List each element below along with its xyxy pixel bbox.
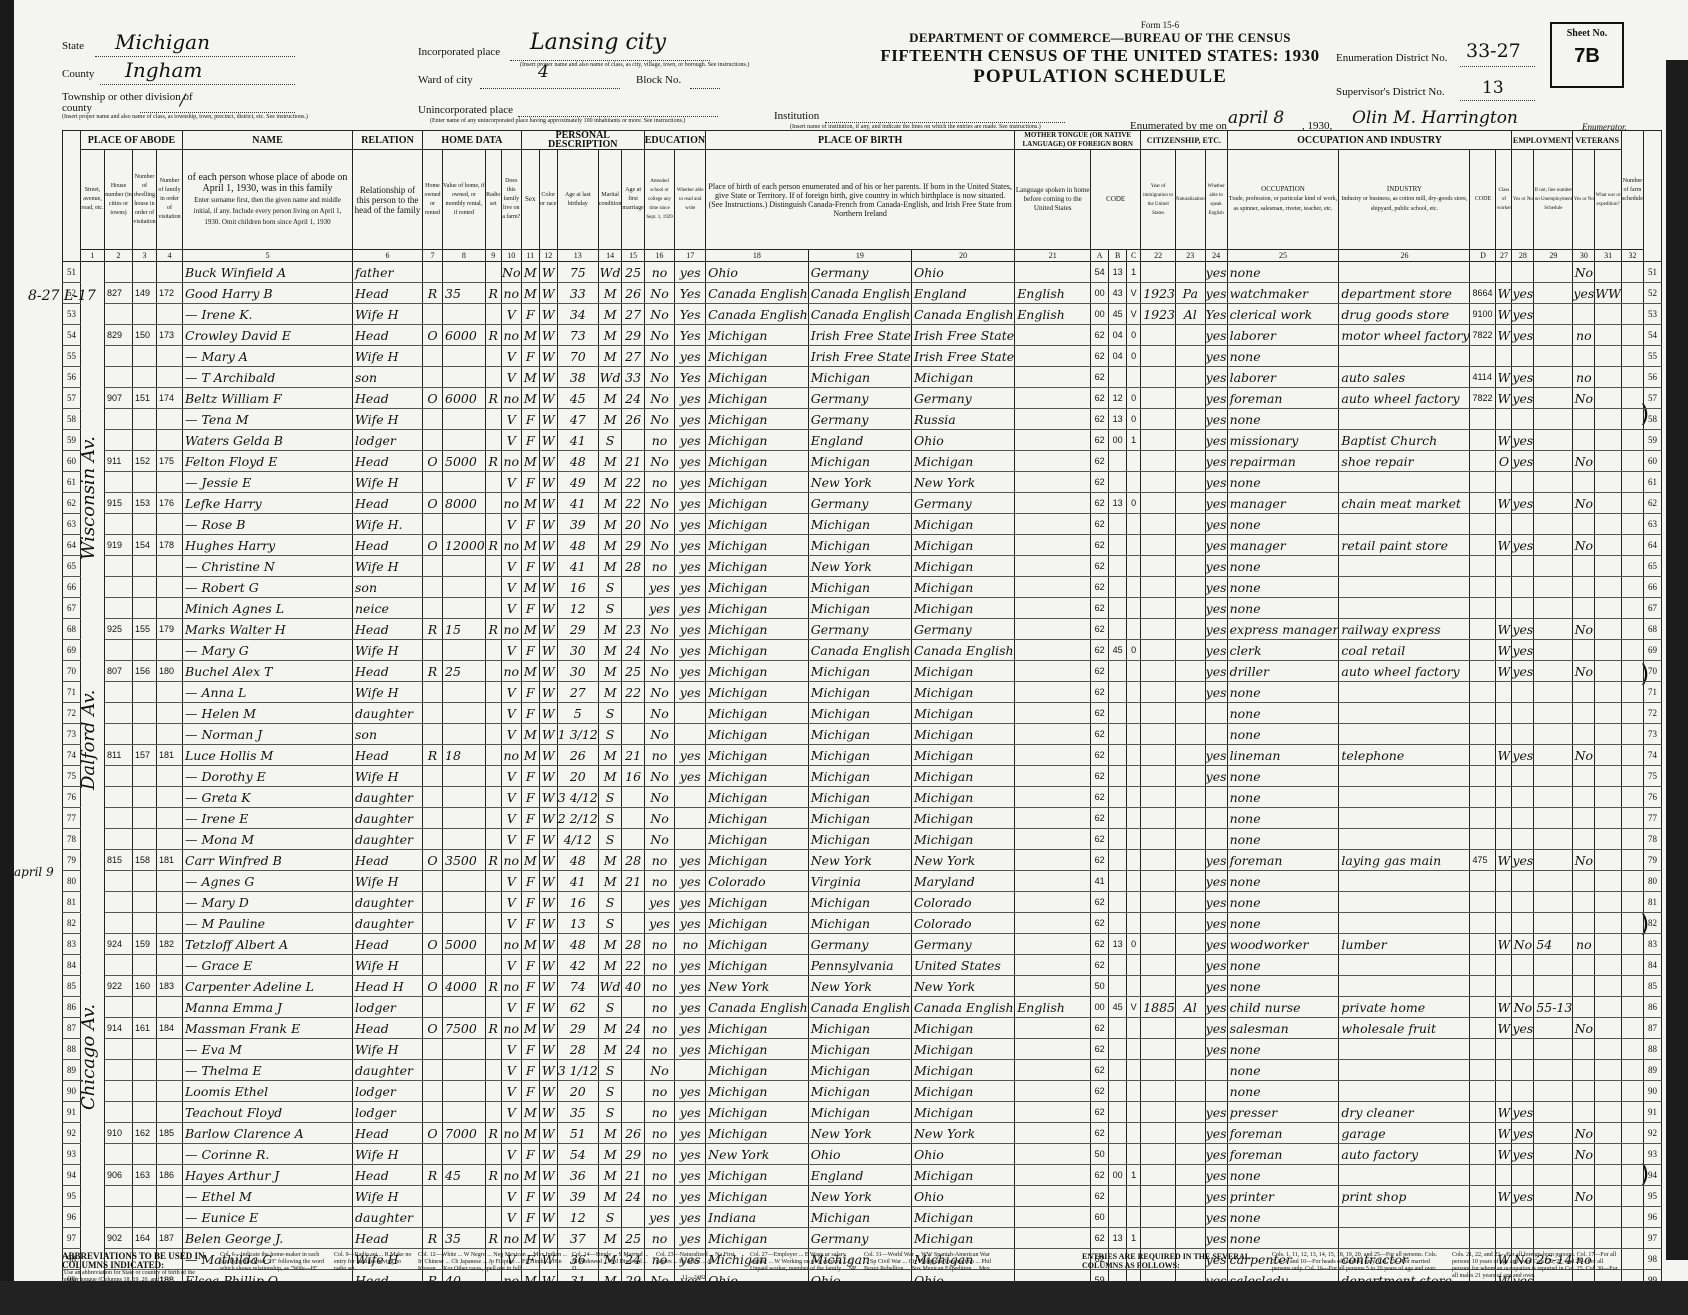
line-number: 55 <box>63 346 81 367</box>
cell-war <box>1595 661 1622 682</box>
cell-school: no <box>644 850 675 871</box>
cell-c: 0 <box>1127 493 1141 514</box>
cell-street <box>81 1186 105 1207</box>
cell-relation: Head <box>353 850 423 871</box>
cell-at-work: yes <box>1512 1123 1534 1144</box>
cell-class: W <box>1496 283 1512 304</box>
cell-b <box>1109 682 1127 703</box>
cell-pob-father: New York <box>808 1123 911 1144</box>
cell-relation: Head <box>353 661 423 682</box>
cell-value <box>443 829 486 850</box>
cell-read: yes <box>675 871 706 892</box>
ward-value: 4 <box>538 62 549 82</box>
cell-at-work <box>1512 724 1534 745</box>
cell-relation: lodger <box>353 997 423 1018</box>
cell-name: Tetzloff Albert A <box>183 934 353 955</box>
cell-sex: M <box>521 1228 539 1249</box>
cell-school: No <box>644 514 675 535</box>
cell-radio <box>485 409 501 430</box>
abbrev-col14: Col. 14—Single ... S Married ... M Widow… <box>572 1252 652 1273</box>
township-note: (Insert proper name and also name of cla… <box>62 114 308 120</box>
group-education: EDUCATION <box>644 131 705 150</box>
col-naturalization: Naturalization <box>1176 150 1206 250</box>
cell-age-marriage: 29 <box>622 535 644 556</box>
cell-veteran: No <box>1573 388 1595 409</box>
cell-natur <box>1176 262 1206 283</box>
cell-b <box>1109 514 1127 535</box>
cell-age-marriage <box>622 430 644 451</box>
cell-b <box>1109 892 1127 913</box>
cell-natur <box>1176 1102 1206 1123</box>
cell-c: 1 <box>1127 1165 1141 1186</box>
cell-at-work <box>1512 262 1534 283</box>
cell-family <box>157 724 183 745</box>
cell-read: yes <box>675 745 706 766</box>
cell-pob-father: Irish Free State <box>808 325 911 346</box>
cell-b <box>1109 451 1127 472</box>
county-value: Ingham <box>125 58 202 82</box>
cell-c <box>1127 829 1141 850</box>
cell-code-d <box>1470 997 1496 1018</box>
group-place-of-birth: PLACE OF BIRTH <box>706 131 1015 150</box>
cell-pob: Michigan <box>706 514 809 535</box>
cell-farm: V <box>501 829 521 850</box>
cell-at-work <box>1512 1060 1534 1081</box>
cell-veteran: No <box>1573 1123 1595 1144</box>
cell-race: W <box>539 808 557 829</box>
cell-race: W <box>539 304 557 325</box>
cell-read: yes <box>675 913 706 934</box>
cell-radio <box>485 640 501 661</box>
cell-unemp <box>1534 577 1573 598</box>
cell-dwelling: 149 <box>133 283 157 304</box>
cell-owned <box>423 1186 443 1207</box>
cell-age-marriage: 33 <box>622 367 644 388</box>
cell-dwelling <box>133 829 157 850</box>
cell-class <box>1496 682 1512 703</box>
cell-street <box>81 1207 105 1228</box>
cell-pob-mother: Michigan <box>911 556 1014 577</box>
cell-age-marriage: 24 <box>622 1186 644 1207</box>
cell-marital: S <box>598 1060 622 1081</box>
cell-pob-father: Pennsylvania <box>808 955 911 976</box>
cell-school: no <box>644 871 675 892</box>
cell-immig <box>1141 661 1176 682</box>
cell-c <box>1127 850 1141 871</box>
cell-sex: M <box>521 1018 539 1039</box>
cell-farm-schedule <box>1621 430 1643 451</box>
cell-war <box>1595 1228 1622 1249</box>
cell-read: yes <box>675 892 706 913</box>
cell-natur <box>1176 787 1206 808</box>
cell-school: No <box>644 451 675 472</box>
cell-read: yes <box>675 535 706 556</box>
cell-unemp <box>1534 535 1573 556</box>
group-name: NAME <box>183 131 353 150</box>
cell-language <box>1015 346 1091 367</box>
cell-name: — Ethel M <box>183 1186 353 1207</box>
cell-veteran <box>1573 703 1595 724</box>
cell-at-work <box>1512 871 1534 892</box>
cell-age: 48 <box>557 451 598 472</box>
cell-pob-father: Canada English <box>808 283 911 304</box>
column-number: 26 <box>1339 250 1470 262</box>
cell-language <box>1015 1228 1091 1249</box>
cell-name: — Christine N <box>183 556 353 577</box>
cell-race: W <box>539 997 557 1018</box>
cell-c <box>1127 661 1141 682</box>
cell-pob-father: Michigan <box>808 787 911 808</box>
cell-farm: V <box>501 304 521 325</box>
cell-unemp <box>1534 850 1573 871</box>
line-number: 97 <box>63 1228 81 1249</box>
cell-relation: Wife H <box>353 682 423 703</box>
cell-marital: S <box>598 724 622 745</box>
cell-b <box>1109 787 1127 808</box>
cell-sex: M <box>521 619 539 640</box>
line-number-right: 54 <box>1643 325 1661 346</box>
cell-class <box>1496 808 1512 829</box>
cell-english: yes <box>1205 1102 1227 1123</box>
cell-veteran <box>1573 598 1595 619</box>
cell-language <box>1015 451 1091 472</box>
cell-house: 925 <box>105 619 133 640</box>
line-number-right: 89 <box>1643 1060 1661 1081</box>
cell-race: W <box>539 1165 557 1186</box>
cell-marital: S <box>598 913 622 934</box>
cell-age-marriage: 29 <box>622 1144 644 1165</box>
cell-natur <box>1176 682 1206 703</box>
cell-relation: Head <box>353 451 423 472</box>
cell-sex: F <box>521 1144 539 1165</box>
cell-radio <box>485 304 501 325</box>
cell-age-marriage: 16 <box>622 766 644 787</box>
cell-name: Luce Hollis M <box>183 745 353 766</box>
cell-family: 173 <box>157 325 183 346</box>
table-row: 63— Rose BWife H.VFW39M20NoyesMichiganMi… <box>63 514 1662 535</box>
cell-b: 00 <box>1109 1165 1127 1186</box>
cell-pob-mother: Irish Free State <box>911 325 1014 346</box>
cell-natur <box>1176 871 1206 892</box>
cell-industry <box>1339 913 1470 934</box>
cell-read: no <box>675 934 706 955</box>
cell-c: V <box>1127 997 1141 1018</box>
line-number-right: 56 <box>1643 367 1661 388</box>
cell-veteran <box>1573 346 1595 367</box>
table-row: 66— Robert GsonVMW16SyesyesMichiganMichi… <box>63 577 1662 598</box>
cell-class: W <box>1496 430 1512 451</box>
cell-c: 0 <box>1127 388 1141 409</box>
cell-unemp <box>1534 493 1573 514</box>
cell-veteran <box>1573 472 1595 493</box>
col-at-work: Yes or No <box>1512 150 1534 250</box>
line-number: 51 <box>63 262 81 283</box>
cell-a: 62 <box>1091 535 1109 556</box>
cell-unemp <box>1534 388 1573 409</box>
cell-farm: no <box>501 1228 521 1249</box>
department-heading: DEPARTMENT OF COMMERCE—BUREAU OF THE CEN… <box>840 30 1360 46</box>
cell-marital: M <box>598 409 622 430</box>
cell-farm-schedule <box>1621 409 1643 430</box>
cell-farm-schedule <box>1621 703 1643 724</box>
cell-radio: R <box>485 850 501 871</box>
cell-immig <box>1141 640 1176 661</box>
col-name: of each person whose place of abode on A… <box>183 150 353 250</box>
cell-code-d <box>1470 640 1496 661</box>
cell-code-d <box>1470 682 1496 703</box>
cell-radio <box>485 577 501 598</box>
cell-class: W <box>1496 997 1512 1018</box>
cell-pob-mother: Michigan <box>911 1102 1014 1123</box>
col-value: Value of home, if owned, or monthly rent… <box>443 150 486 250</box>
line-number-right: 78 <box>1643 829 1661 850</box>
cell-class: W <box>1496 1123 1512 1144</box>
cell-unemp <box>1534 325 1573 346</box>
cell-school: No <box>644 304 675 325</box>
cell-war <box>1595 955 1622 976</box>
cell-name: Marks Walter H <box>183 619 353 640</box>
cell-owned: O <box>423 388 443 409</box>
cell-language <box>1015 535 1091 556</box>
cell-veteran <box>1573 1165 1595 1186</box>
cell-at-work <box>1512 577 1534 598</box>
cell-school: No <box>644 346 675 367</box>
cell-pob-father: England <box>808 430 911 451</box>
cell-pob: Colorado <box>706 871 809 892</box>
cell-immig <box>1141 1102 1176 1123</box>
cell-at-work <box>1512 913 1534 934</box>
state-label: State <box>62 40 84 52</box>
cell-b <box>1109 913 1127 934</box>
census-title: FIFTEENTH CENSUS OF THE UNITED STATES: 1… <box>840 46 1360 66</box>
cell-farm: V <box>501 514 521 535</box>
line-number: 52 <box>63 283 81 304</box>
cell-street <box>81 829 105 850</box>
cell-language <box>1015 409 1091 430</box>
cell-family <box>157 556 183 577</box>
cell-natur <box>1176 829 1206 850</box>
col-unemployment: If not, line number on Unemployment Sche… <box>1534 150 1573 250</box>
cell-age-marriage: 25 <box>622 262 644 283</box>
cell-pob-father: England <box>808 1165 911 1186</box>
cell-street <box>81 1144 105 1165</box>
cell-school: no <box>644 1039 675 1060</box>
cell-code-d <box>1470 745 1496 766</box>
cell-school: yes <box>644 1207 675 1228</box>
sheet-label: Sheet No. <box>1552 28 1622 39</box>
cell-occupation: none <box>1227 1228 1339 1249</box>
cell-occupation: none <box>1227 1165 1339 1186</box>
cell-name: — Thelma E <box>183 1060 353 1081</box>
cell-code-d <box>1470 493 1496 514</box>
cell-industry <box>1339 808 1470 829</box>
cell-dwelling <box>133 1081 157 1102</box>
cell-pob: Canada English <box>706 997 809 1018</box>
cell-english: yes <box>1205 745 1227 766</box>
line-number-right: 60 <box>1643 451 1661 472</box>
cell-dwelling: 153 <box>133 493 157 514</box>
cell-farm: no <box>501 283 521 304</box>
cell-relation: Head <box>353 1123 423 1144</box>
cell-sex: F <box>521 514 539 535</box>
cell-radio: R <box>485 619 501 640</box>
cell-at-work: yes <box>1512 661 1534 682</box>
cell-radio <box>485 556 501 577</box>
line-number-right: 58 <box>1643 409 1661 430</box>
line-number: 63 <box>63 514 81 535</box>
cell-race: W <box>539 850 557 871</box>
line-number: 84 <box>63 955 81 976</box>
cell-pob-mother: Michigan <box>911 808 1014 829</box>
line-number: 95 <box>63 1186 81 1207</box>
cell-occupation: none <box>1227 409 1339 430</box>
cell-read: yes <box>675 430 706 451</box>
column-number: 8 <box>443 250 486 262</box>
cell-code-d <box>1470 934 1496 955</box>
cell-english: yes <box>1205 472 1227 493</box>
cell-at-work <box>1512 1039 1534 1060</box>
column-number: 1 <box>81 250 105 262</box>
cell-language <box>1015 682 1091 703</box>
cell-immig <box>1141 1081 1176 1102</box>
cell-c <box>1127 1060 1141 1081</box>
cell-dwelling <box>133 1102 157 1123</box>
cell-read: yes <box>675 640 706 661</box>
cell-farm: V <box>501 892 521 913</box>
cell-sex: F <box>521 871 539 892</box>
cell-pob-mother: Canada English <box>911 997 1014 1018</box>
cell-natur <box>1176 451 1206 472</box>
cell-a: 50 <box>1091 976 1109 997</box>
cell-industry <box>1339 1207 1470 1228</box>
cell-radio <box>485 703 501 724</box>
cell-race: W <box>539 1123 557 1144</box>
line-number-right: 96 <box>1643 1207 1661 1228</box>
cell-english: yes <box>1205 661 1227 682</box>
cell-code-d: 8664 <box>1470 283 1496 304</box>
cell-class <box>1496 346 1512 367</box>
col-veteran: Yes or No <box>1573 150 1595 250</box>
cell-unemp <box>1534 598 1573 619</box>
cell-race: W <box>539 577 557 598</box>
cell-class: W <box>1496 619 1512 640</box>
cell-c: 1 <box>1127 430 1141 451</box>
cell-b: 13 <box>1109 1228 1127 1249</box>
cell-b <box>1109 1144 1127 1165</box>
cell-pob-mother: Maryland <box>911 871 1014 892</box>
cell-street <box>81 682 105 703</box>
cell-farm-schedule <box>1621 493 1643 514</box>
cell-pob-father: Michigan <box>808 1207 911 1228</box>
cell-code-d <box>1470 661 1496 682</box>
cell-value <box>443 955 486 976</box>
cell-war <box>1595 745 1622 766</box>
entries-title: ENTRIES ARE REQUIRED IN THE SEVERAL COLU… <box>1082 1252 1262 1270</box>
cell-farm-schedule <box>1621 682 1643 703</box>
cell-house <box>105 766 133 787</box>
cell-a: 62 <box>1091 829 1109 850</box>
cell-unemp: 54 <box>1534 934 1573 955</box>
cell-age-marriage <box>622 997 644 1018</box>
cell-pob: Michigan <box>706 829 809 850</box>
cell-read: yes <box>675 1165 706 1186</box>
cell-marital: S <box>598 598 622 619</box>
cell-code-d <box>1470 871 1496 892</box>
cell-school: no <box>644 745 675 766</box>
cell-value: 6000 <box>443 325 486 346</box>
col-code-abc: CODE <box>1091 150 1141 250</box>
col-school: Attended school or college any time sinc… <box>644 150 675 250</box>
cell-pob: Michigan <box>706 598 809 619</box>
cell-value <box>443 997 486 1018</box>
cell-farm: No <box>501 262 521 283</box>
cell-radio <box>485 661 501 682</box>
cell-c <box>1127 367 1141 388</box>
cell-language <box>1015 1018 1091 1039</box>
cell-family <box>157 1186 183 1207</box>
cell-immig <box>1141 682 1176 703</box>
cell-race: W <box>539 1102 557 1123</box>
table-row: 65— Christine NWife HVFW41M28noyesMichig… <box>63 556 1662 577</box>
cell-marital: M <box>598 850 622 871</box>
cell-family: 181 <box>157 850 183 871</box>
cell-name: Lefke Harry <box>183 493 353 514</box>
cell-pob-mother: Ohio <box>911 1186 1014 1207</box>
cell-radio <box>485 514 501 535</box>
cell-radio <box>485 472 501 493</box>
cell-street <box>81 535 105 556</box>
cell-war <box>1595 724 1622 745</box>
cell-pob: New York <box>706 1144 809 1165</box>
cell-relation: Head <box>353 1018 423 1039</box>
line-number-right: 90 <box>1643 1081 1661 1102</box>
cell-value <box>443 913 486 934</box>
cell-name: — Robert G <box>183 577 353 598</box>
supervisor-district-label: Supervisor's District No. <box>1336 86 1445 98</box>
cell-war <box>1595 976 1622 997</box>
cell-war <box>1595 1186 1622 1207</box>
entries-a: Cols. 1, 11, 12, 13, 14, 15, 18, 19, 20,… <box>1272 1252 1442 1273</box>
cell-industry <box>1339 871 1470 892</box>
cell-house <box>105 1186 133 1207</box>
column-number: 16 <box>644 250 675 262</box>
cell-farm: V <box>501 1207 521 1228</box>
cell-industry <box>1339 472 1470 493</box>
cell-occupation: none <box>1227 871 1339 892</box>
cell-a: 00 <box>1091 997 1109 1018</box>
cell-natur <box>1176 1165 1206 1186</box>
cell-race: W <box>539 1060 557 1081</box>
cell-name: — Irene K. <box>183 304 353 325</box>
cell-language <box>1015 703 1091 724</box>
cell-veteran <box>1573 892 1595 913</box>
cell-b: 00 <box>1109 430 1127 451</box>
cell-farm-schedule <box>1621 451 1643 472</box>
line-number: 88 <box>63 1039 81 1060</box>
table-row: 87914161184Massman Frank EHeadO7500RnoMW… <box>63 1018 1662 1039</box>
cell-dwelling <box>133 766 157 787</box>
cell-farm-schedule <box>1621 598 1643 619</box>
cell-race: W <box>539 1186 557 1207</box>
line-number: 54 <box>63 325 81 346</box>
cell-unemp <box>1534 640 1573 661</box>
cell-family: 179 <box>157 619 183 640</box>
line-number: 93 <box>63 1144 81 1165</box>
cell-language <box>1015 1186 1091 1207</box>
cell-english: yes <box>1205 682 1227 703</box>
cell-school: no <box>644 556 675 577</box>
cell-c <box>1127 1186 1141 1207</box>
